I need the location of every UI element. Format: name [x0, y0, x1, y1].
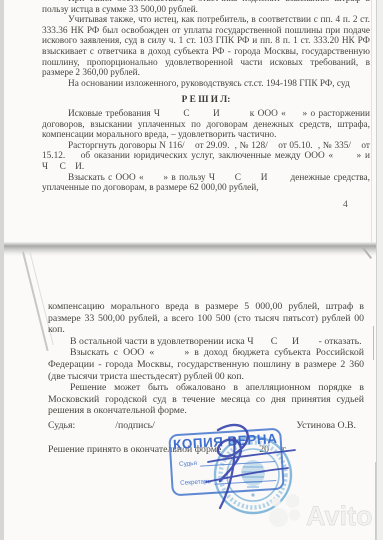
avito-watermark-text: Avito [306, 501, 373, 531]
page-break-shadow [0, 242, 383, 256]
document-photo: При таких обстоятельствах, с ответчика п… [0, 0, 383, 540]
paragraph: На основании изложенного, руководствуясь… [42, 79, 370, 90]
judge-label: Судья: [48, 420, 75, 431]
page-edge-mark-1 [373, 326, 374, 360]
photo-left-edge [0, 0, 4, 540]
paragraph: Взыскать с ООО « » в доход бюджета субъе… [48, 347, 364, 382]
paragraph: При таких обстоятельствах, с ответчика п… [42, 0, 370, 15]
page2-text-block: компенсацию морального вреда в размере 5… [48, 301, 364, 417]
signature-placeholder: /подпись/ [115, 420, 155, 431]
paragraph: Учитывая также, что истец, как потребите… [42, 15, 370, 79]
page1-right-edge [371, 0, 372, 242]
paragraph: Исковые требования Ч С И к ООО « » о рас… [42, 109, 370, 141]
avito-watermark: Avito [262, 488, 382, 538]
paragraph: Расторгнуть договоры N 116/ от 29.09. , … [42, 141, 370, 173]
photo-right-edge [376, 0, 383, 540]
page1-text-block: При таких обстоятельствах, с ответчика п… [42, 0, 370, 194]
paragraph: Взыскать с ООО « » в пользу Ч С И денежн… [42, 173, 370, 194]
page-number: 4 [343, 200, 348, 210]
paragraph: В остальной части в удовлетворении иска … [48, 336, 364, 348]
paragraph: компенсацию морального вреда в размере 5… [48, 301, 364, 336]
ruling-heading: Р Е Ш И Л: [42, 95, 370, 106]
